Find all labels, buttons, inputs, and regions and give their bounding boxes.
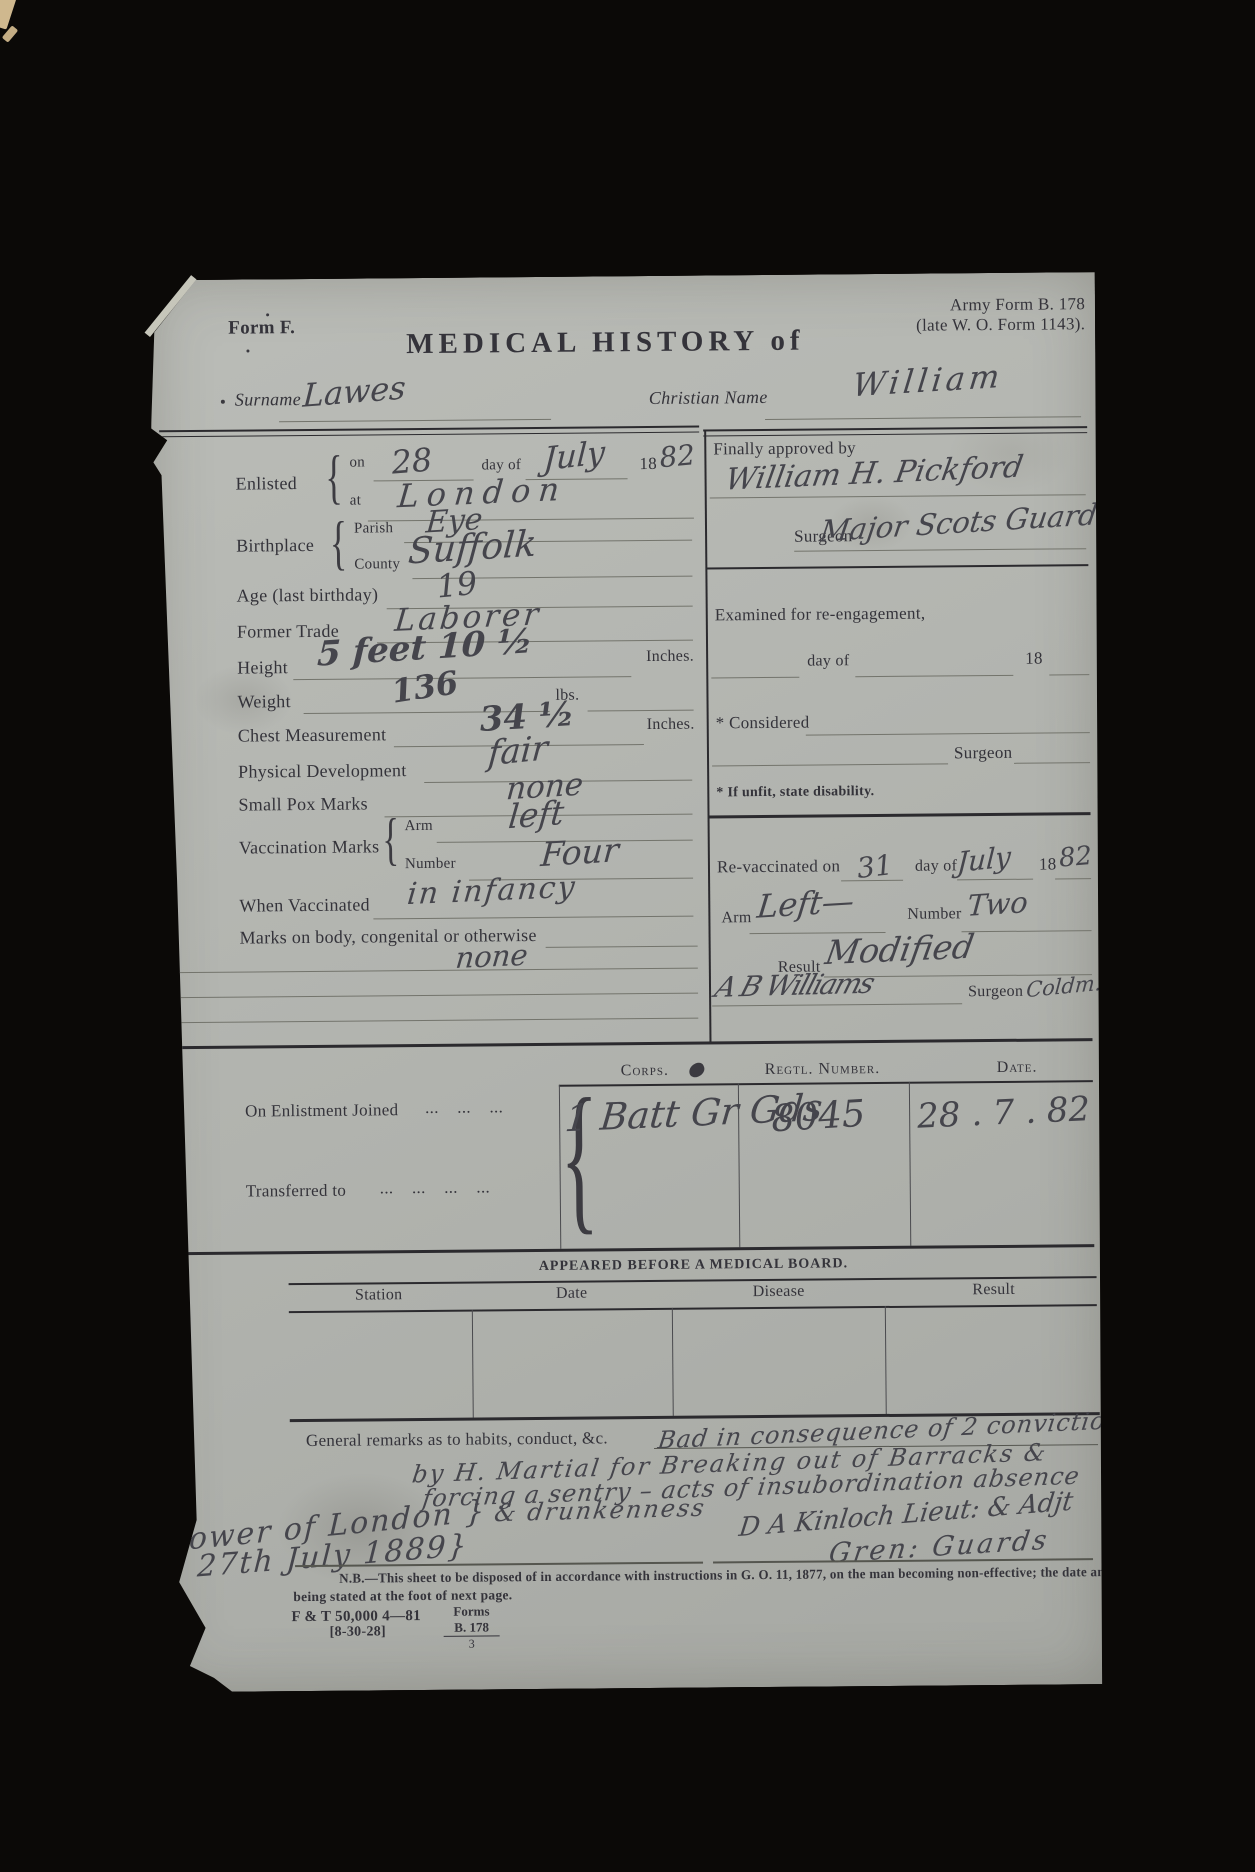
board-header-date: Date (522, 1284, 622, 1303)
revacc-dayof-label: day of (915, 857, 957, 875)
forms-stamp-number: B. 178 (444, 1619, 500, 1636)
surgeon2-label: Surgeon (954, 743, 1013, 764)
brace-icon: { (382, 810, 399, 868)
christian-name-line (765, 416, 1081, 420)
reengage-month-line (855, 675, 1013, 677)
signature-line (712, 1003, 962, 1006)
revacc-number-value: Two (966, 885, 1029, 923)
reengage-year-prefix: 18 (1025, 649, 1043, 669)
marks-value: none (454, 938, 529, 975)
physical-value: fair (486, 728, 549, 774)
enlisted-on-label: on (349, 454, 365, 471)
weight-value: 136 (389, 663, 461, 710)
board-header-result: Result (944, 1281, 1044, 1300)
regtl-number-header: Regtl. Number. (765, 1060, 881, 1079)
revacc-day-value: 31 (855, 848, 894, 885)
when-vaccinated-value: in infancy (406, 870, 579, 913)
right-section-rule (706, 564, 1088, 569)
board-title: APPEARED BEFORE A MEDICAL BOARD. (488, 1256, 898, 1276)
weight-line2 (588, 710, 694, 712)
parish-label: Parish (354, 520, 393, 537)
reengagement-label: Examined for re-engagement, (715, 604, 926, 626)
board-header-station: Station (329, 1286, 429, 1305)
approved-label: Finally approved by (713, 438, 856, 459)
revacc-month-value: July (956, 840, 1012, 880)
imprint-line1: F & T 50,000 4—81 (291, 1608, 421, 1626)
corps-table-top-line (559, 1080, 1093, 1086)
scanned-form-page: Form F. Army Form B. 178 (late W. O. For… (150, 272, 1107, 1692)
remarks-label: General remarks as to habits, conduct, &… (306, 1428, 608, 1451)
board-header-disease: Disease (729, 1282, 829, 1301)
date-header: Date. (997, 1059, 1038, 1077)
surname-line (279, 419, 551, 422)
joined-number-value: 8045 (770, 1092, 867, 1141)
corps-top-rule (165, 1038, 1093, 1049)
height-inches-label: Inches. (646, 648, 694, 666)
enlisted-year-value: 82 (658, 438, 697, 474)
brace-icon: { (325, 447, 343, 507)
marks-line0 (546, 946, 698, 948)
revacc-number-label: Number (907, 905, 961, 923)
surname-value: Lawes (302, 368, 407, 414)
weight-label: Weight (237, 691, 291, 712)
result-signature: A B Williams (711, 967, 877, 1004)
enlistment-joined-dots: ... ... ... (425, 1097, 503, 1118)
right-section-rule2 (709, 812, 1091, 818)
ink-speck (246, 349, 249, 352)
forms-stamp-denominator: 3 (444, 1636, 500, 1651)
remarks-line4: & drunkenness (493, 1494, 708, 1528)
reengage-year-line (1049, 674, 1089, 675)
forms-stamp-label: Forms (443, 1603, 499, 1619)
considered-label: * Considered (716, 713, 810, 734)
revacc-year-line (1055, 878, 1091, 879)
height-line (293, 676, 631, 680)
revacc-arm-value: Left— (755, 882, 856, 926)
reengage-day-line (711, 677, 799, 679)
corps-col-line3 (909, 1082, 911, 1246)
birthplace-label: Birthplace (236, 535, 314, 557)
revacc-year-prefix: 18 (1039, 854, 1057, 874)
brace-icon: { (330, 513, 348, 573)
imprint-line2: [8-30-28] (330, 1624, 386, 1640)
vacc-number-label: Number (405, 856, 456, 873)
nb-note-line2: being stated at the foot of next page. (293, 1587, 512, 1605)
enlisted-label: Enlisted (236, 473, 298, 495)
page-title: MEDICAL HISTORY of (270, 323, 940, 362)
marks-line3 (168, 1018, 698, 1024)
age-label: Age (last birthday) (236, 584, 378, 606)
forms-stamp: Forms B. 178 3 (443, 1603, 499, 1651)
physical-label: Physical Development (238, 760, 407, 782)
surgeon-line (794, 548, 1086, 552)
board-col-line3 (885, 1306, 887, 1414)
when-vaccinated-line (373, 916, 693, 920)
enlisted-place-line (368, 518, 694, 522)
ink-blot (687, 1061, 707, 1080)
surname-label: Surname (235, 389, 301, 411)
section-rule (159, 426, 699, 438)
enlisted-at-label: at (350, 493, 362, 510)
board-col-line1 (472, 1310, 474, 1418)
corner-scrap (0, 0, 17, 30)
vacc-number-value: Four (539, 830, 620, 874)
ink-speck (221, 400, 225, 404)
transferred-label: Transferred to (246, 1181, 347, 1202)
vacc-arm-value: left (507, 793, 566, 837)
marks-line1 (168, 968, 698, 974)
army-form-ref-line1: Army Form B. 178 (810, 294, 1085, 316)
surgeon3-value: Coldm. Gds (1025, 966, 1149, 1002)
revacc-year-value: 82 (1058, 841, 1093, 874)
considered-line2 (712, 763, 948, 766)
joined-date-value: 28 . 7 . 82 (916, 1089, 1091, 1137)
corps-bottom-rule (166, 1244, 1094, 1255)
result-value: Modified (822, 926, 976, 972)
marks-line2 (168, 993, 698, 999)
vaccination-label: Vaccination Marks (239, 836, 380, 858)
revacc-arm-label: Arm (721, 909, 751, 927)
board-header-underline (289, 1304, 1097, 1313)
column-divider (704, 430, 711, 1043)
surgeon2-line (1014, 762, 1090, 764)
chest-label: Chest Measurement (238, 724, 387, 746)
surgeon-title-value: Major Scots Guards (818, 496, 1115, 548)
corps-header: Corps. (621, 1062, 669, 1080)
revaccinated-label: Re-vaccinated on (717, 856, 840, 877)
christian-name-label: Christian Name (649, 387, 768, 409)
surgeon3-label: Surgeon (968, 983, 1023, 1001)
county-label: County (354, 556, 400, 573)
smallpox-label: Small Pox Marks (238, 793, 368, 815)
transferred-dots: ... ... ... ... (380, 1177, 490, 1198)
when-vaccinated-label: When Vaccinated (239, 894, 370, 916)
enlisted-year-prefix: 18 (639, 454, 657, 474)
nb-note-line1: N.B.—This sheet to be disposed of in acc… (339, 1564, 1147, 1587)
reengage-dayof-label: day of (807, 652, 849, 670)
chest-inches-label: Inches. (647, 716, 695, 734)
revacc-number-line (962, 930, 1092, 932)
vacc-arm-label: Arm (405, 818, 434, 835)
board-col-line2 (672, 1308, 674, 1416)
christian-name-value: William (851, 357, 1006, 405)
section-rule (703, 426, 1087, 436)
height-label: Height (237, 657, 288, 678)
ink-speck (266, 313, 269, 316)
revacc-month-line (957, 879, 1033, 881)
enlistment-joined-label: On Enlistment Joined (245, 1100, 398, 1121)
considered-line (806, 732, 1090, 735)
unfit-note: * If unfit, state disability. (716, 784, 874, 801)
